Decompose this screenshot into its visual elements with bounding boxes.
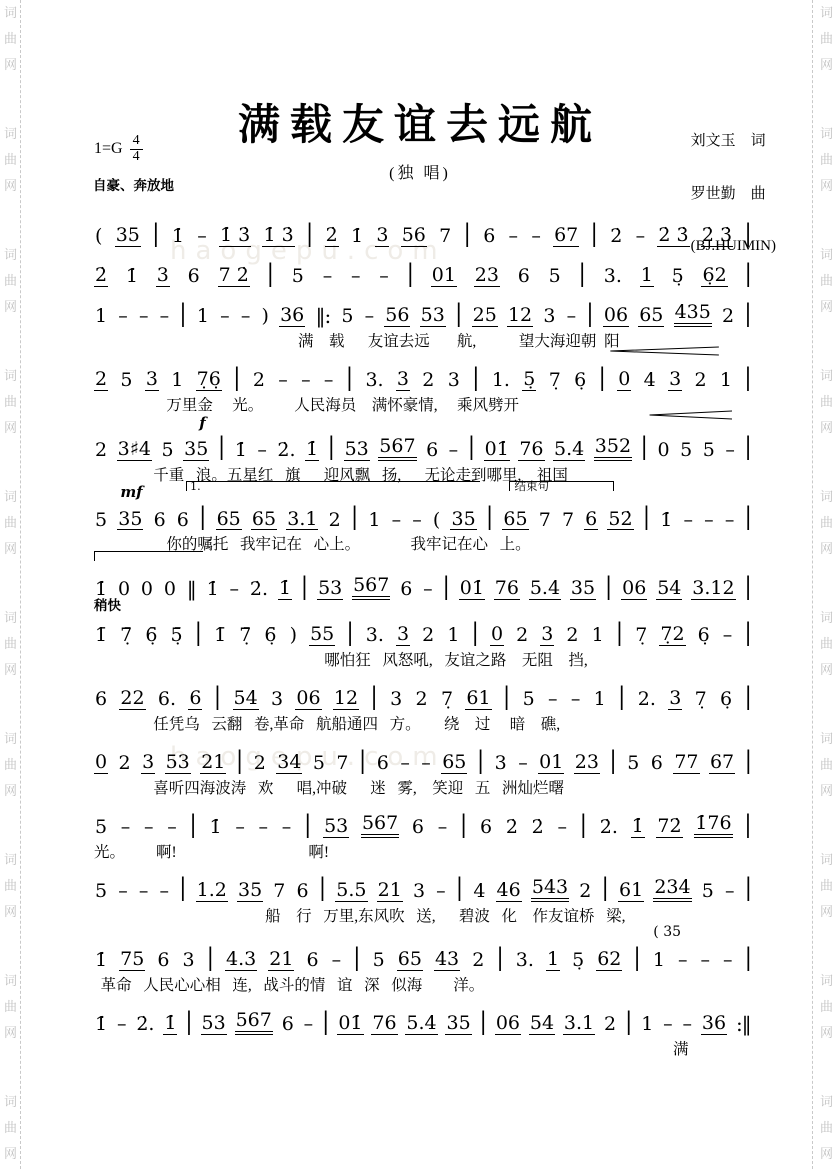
note-token: 2̇: [531, 817, 545, 838]
note-token: 6: [281, 1014, 295, 1035]
watermark-text: 词曲网: [4, 1095, 17, 1160]
note-token: 2: [328, 510, 342, 531]
note-token: 6: [94, 689, 108, 710]
note-token: –: [566, 306, 578, 327]
system: 1̇–2̇.1̇|535676–|01̇765.435|06543.12|1––…: [94, 1005, 752, 1059]
note-token: |: [744, 505, 751, 532]
note-token: 6: [411, 817, 425, 838]
note-token: 5: [702, 440, 716, 461]
note-token: |: [599, 365, 606, 392]
note-token: (: [94, 226, 103, 247]
note-token: 6: [425, 440, 439, 461]
note-token: 5: [161, 440, 175, 461]
note-token: 543: [531, 877, 569, 902]
note-token: 2̇: [94, 265, 108, 287]
watermark-text: 词曲网: [4, 490, 17, 555]
lyrics-line: 任凭乌 云翻 卷,革命 航船通四 方。 绕 过 暗 礁,: [94, 716, 752, 734]
note-token: |: [195, 621, 202, 648]
note-token: |: [480, 1009, 487, 1036]
watermark-text: 词曲网: [820, 974, 833, 1039]
note-token: 1̇: [94, 950, 108, 971]
note-token: 1: [367, 510, 381, 531]
note-token: |: [359, 748, 366, 775]
note-token: |: [267, 261, 274, 288]
note-token: 0: [140, 579, 154, 600]
note-token: |: [744, 365, 751, 392]
right-dashed-border: [812, 0, 813, 1169]
note-token: –: [116, 1014, 128, 1035]
note-token: –: [391, 510, 403, 531]
note-token: ‖:: [314, 305, 331, 327]
score-sheet: 满载友谊去远航 (独 唱) 1=G 4 4 自豪、奔放地 刘文玉 词 罗世勤 曲…: [60, 0, 780, 1069]
note-token: 6: [650, 753, 664, 774]
composer-credit: 罗世勤 曲: [691, 186, 766, 202]
note-token: 23: [574, 752, 600, 774]
note-token: 7̣: [548, 370, 562, 391]
note-token: 3: [145, 369, 159, 391]
note-token: 5.5: [335, 880, 367, 902]
note-token: |: [214, 684, 221, 711]
note-token: –: [331, 950, 343, 971]
note-token: –: [258, 817, 270, 838]
note-token: |: [745, 748, 752, 775]
note-token: 2: [253, 753, 267, 774]
note-token: 76: [518, 439, 544, 461]
note-token: 61: [618, 880, 644, 902]
note-token: 6: [187, 266, 201, 287]
note-token: 5: [94, 817, 108, 838]
lyrics-line: 革命 人民心心相 连, 战斗的情 谊 深 似海 洋。: [94, 977, 752, 995]
note-token: –: [570, 689, 582, 710]
music-line: 2̇1̇367 2̇|5–––|012365|3.15̣6̣2|: [94, 257, 752, 287]
note-token: 5.4: [529, 578, 561, 600]
note-token: 0: [617, 369, 631, 391]
watermark-text: 词曲网: [4, 6, 17, 71]
note-token: |: [744, 621, 751, 648]
note-token: 3.1: [563, 1013, 595, 1035]
note-token: 1: [546, 949, 560, 971]
note-token: 1̄: [94, 625, 108, 646]
note-token: –: [722, 950, 734, 971]
meter-denominator: 4: [133, 150, 140, 165]
note-token: 1̇: [94, 1014, 108, 1035]
note-token: |: [179, 876, 186, 903]
note-token: –: [724, 881, 736, 902]
note-token: 3: [412, 881, 426, 902]
note-token: 7̣: [694, 689, 708, 710]
note-token: 6̣̄: [263, 625, 277, 646]
note-token: –: [378, 266, 390, 287]
note-token: 7 2̇: [218, 265, 250, 287]
music-line: 25317̣6̣|2–––|3.323|1.5̣7̣6̣|04321|: [94, 361, 752, 391]
note-token: 2: [118, 753, 132, 774]
note-token: 53: [201, 1013, 227, 1035]
note-token: 01̇: [459, 578, 485, 600]
note-token: –: [350, 266, 362, 287]
note-token: –: [364, 306, 376, 327]
note-token: |: [496, 946, 503, 973]
note-token: 0: [94, 752, 108, 774]
lyricist-credit: 刘文玉 词: [691, 133, 766, 149]
note-token: 0: [490, 624, 504, 646]
system: 5–––|1̇–––|535676–|62̇2̇–|2̇.1̇72̇1̇76|光…: [94, 808, 752, 862]
song-title: 满载友谊去远航: [60, 0, 780, 152]
note-token: 1̇76: [694, 813, 732, 838]
note-token: 53: [420, 305, 446, 327]
note-token: |: [745, 946, 752, 973]
system: 6226.6|5430612|327̣61|5––1|2.37̣6̣|任凭乌 云…: [94, 680, 752, 734]
watermark-text: 词曲网: [820, 490, 833, 555]
pickup-notes: ( 35: [653, 924, 681, 940]
note-token: 234: [653, 877, 691, 902]
note-token: 25: [472, 305, 498, 327]
note-token: |: [744, 261, 751, 288]
note-token: 567: [378, 436, 416, 461]
dynamic-mark: mf: [120, 483, 142, 501]
note-token: 35: [183, 439, 209, 461]
note-token: 6: [176, 510, 190, 531]
note-token: 1̇: [350, 226, 364, 247]
note-token: –: [556, 817, 568, 838]
note-token: 46: [496, 880, 522, 902]
music-line: 1–––|1––)36‖:5–5653|25123–|06654352|: [94, 297, 752, 327]
note-token: 65: [441, 752, 467, 774]
note-token: –: [724, 510, 736, 531]
note-token: –: [422, 579, 434, 600]
note-token: 21: [268, 949, 294, 971]
note-token: 06: [295, 688, 321, 710]
note-token: –: [303, 1014, 315, 1035]
note-token: 2̇ 3̇: [657, 225, 689, 247]
time-signature: 4 4: [130, 134, 143, 164]
note-token: |: [351, 505, 358, 532]
note-token: 2: [94, 440, 108, 461]
note-token: |: [616, 621, 623, 648]
music-line: 1̄7̣̄6̣̄5̣̄|1̄7̣̄6̣̄)55|3.321|02321|7̣7̣…: [94, 616, 752, 646]
note-token: |: [625, 1009, 632, 1036]
note-token: |: [179, 301, 186, 328]
note-token: 1: [446, 625, 460, 646]
note-token: 76: [371, 1013, 397, 1035]
note-token: |: [346, 365, 353, 392]
note-token: –: [508, 226, 520, 247]
music-line: 6226.6|5430612|327̣61|5––1|2.37̣6̣|: [94, 680, 752, 710]
note-token: 567: [235, 1010, 273, 1035]
note-token: –: [399, 753, 411, 774]
watermark-text: 词曲网: [4, 611, 17, 676]
note-token: 5: [340, 306, 354, 327]
note-token: |: [580, 812, 587, 839]
note-token: 7̣̄: [238, 625, 252, 646]
watermark-text: 词曲网: [820, 1095, 833, 1160]
note-token: 7: [538, 510, 552, 531]
note-token: 35: [450, 509, 476, 531]
lyrics-line: 满: [94, 1041, 752, 1059]
note-token: 2: [471, 950, 485, 971]
music-line: 53566|65653.12|1––(35|6577652̇|1̇–––|: [94, 500, 752, 530]
note-token: 65: [638, 305, 664, 327]
note-token: |: [643, 505, 650, 532]
note-token: 7̣: [440, 689, 454, 710]
note-token: 06: [495, 1013, 521, 1035]
note-token: 67: [553, 225, 579, 247]
note-token: 61: [465, 688, 491, 710]
note-token: 01: [538, 752, 564, 774]
system: 稍快1̄7̣̄6̣̄5̣̄|1̄7̣̄6̣̄)55|3.321|02321|7̣…: [94, 616, 752, 670]
note-token: 1: [94, 306, 108, 327]
note-token: 5: [372, 950, 386, 971]
note-token: 35: [115, 225, 141, 247]
note-token: 54: [529, 1013, 555, 1035]
system: 1–––|1––)36‖:5–5653|25123–|06654352|满 载 …: [94, 297, 752, 351]
note-token: –: [662, 1014, 674, 1035]
music-line: 1̇–2̇.1̇|535676–|01̇765.435|06543.12|1––…: [94, 1005, 752, 1035]
note-token: 6: [188, 688, 202, 710]
note-token: 01: [431, 265, 457, 287]
note-token: 5.4: [405, 1013, 437, 1035]
note-token: 3: [542, 306, 556, 327]
note-token: 6: [479, 817, 493, 838]
note-token: –: [300, 370, 312, 391]
note-token: 76: [494, 578, 520, 600]
note-token: 01̇: [484, 439, 510, 461]
system: ( 351̇7563|4.3216–|565432|3.15̣62|1–––|革…: [94, 941, 752, 995]
note-token: 3: [141, 752, 155, 774]
note-token: 7̣6̣: [196, 369, 222, 391]
note-token: 01̇: [337, 1013, 363, 1035]
note-token: 3: [375, 225, 389, 247]
note-token: 3: [181, 950, 195, 971]
note-token: –: [120, 817, 132, 838]
note-token: 5: [626, 753, 640, 774]
lyrics-line: 光。 啊! 啊!: [94, 844, 752, 862]
note-token: |: [460, 812, 467, 839]
note-token: |: [455, 301, 462, 328]
note-token: 1̇: [171, 226, 185, 247]
note-token: 21: [377, 880, 403, 902]
note-token: 1̇ 3̇: [262, 225, 294, 247]
note-token: –: [722, 625, 734, 646]
note-token: 3: [270, 689, 284, 710]
note-token: |: [301, 575, 308, 602]
note-token: 6̣̄: [144, 625, 158, 646]
watermark-text: 词曲网: [820, 127, 833, 192]
note-token: 1̇: [163, 1013, 177, 1035]
note-token: –: [159, 306, 171, 327]
note-token: 5: [119, 370, 133, 391]
note-token: –: [166, 817, 178, 838]
note-token: 4.3: [225, 949, 257, 971]
note-token: –: [517, 753, 529, 774]
note-token: 7: [335, 753, 349, 774]
note-token: 7̣̄: [119, 625, 133, 646]
watermark-text: 词曲网: [4, 853, 17, 918]
note-token: 3: [668, 369, 682, 391]
note-token: ): [260, 306, 269, 327]
note-token: |: [605, 575, 612, 602]
key-label: 1=G: [94, 140, 123, 158]
note-token: |: [218, 435, 225, 462]
note-token: 65: [251, 509, 277, 531]
note-token: –: [635, 226, 647, 247]
note-token: 43: [434, 949, 460, 971]
note-token: 2: [421, 625, 435, 646]
note-token: 5.4: [553, 439, 585, 461]
note-token: –: [240, 306, 252, 327]
note-token: |: [152, 221, 159, 248]
note-token: –: [683, 510, 695, 531]
note-token: 21: [200, 752, 226, 774]
note-token: |: [744, 435, 751, 462]
note-token: 6: [584, 509, 598, 531]
note-token: 1̇ 3̇: [219, 225, 251, 247]
note-token: |: [744, 812, 751, 839]
note-token: 7̣2: [659, 624, 685, 646]
music-line: 5–––|1.23576|5.5213–|4465432|612345–|: [94, 872, 752, 902]
note-token: |: [618, 684, 625, 711]
note-token: 3♯4: [117, 439, 152, 461]
note-token: 53: [165, 752, 191, 774]
note-token: 1̇: [631, 816, 645, 838]
note-token: 5: [701, 881, 715, 902]
note-token: 1̇: [234, 440, 248, 461]
note-token: |: [189, 812, 196, 839]
right-edge-watermark: 词曲网词曲网词曲网词曲网词曲网词曲网词曲网词曲网词曲网词曲网: [820, 6, 833, 1169]
note-token: 6.: [157, 689, 177, 710]
note-token: 72̇: [656, 816, 682, 838]
note-token: 12: [507, 305, 533, 327]
note-token: –: [420, 753, 432, 774]
note-token: 2: [252, 370, 266, 391]
note-token: 6̣: [697, 625, 711, 646]
note-token: 5: [679, 440, 693, 461]
note-token: 36: [279, 305, 305, 327]
note-token: 2̇.: [599, 817, 619, 838]
note-token: |: [456, 876, 463, 903]
watermark-text: 词曲网: [820, 611, 833, 676]
note-token: 2̇.: [249, 579, 269, 600]
system: mf1.结束句53566|65653.12|1––(35|6577652̇|1̇…: [94, 500, 752, 554]
note-token: 65: [216, 509, 242, 531]
note-token: 54: [233, 688, 259, 710]
note-token: 7: [272, 881, 286, 902]
note-token: |: [233, 365, 240, 392]
note-token: –: [530, 226, 542, 247]
note-token: 06: [603, 305, 629, 327]
note-token: |: [641, 435, 648, 462]
system: 25317̣6̣|2–––|3.323|1.5̣7̣6̣|04321|万里金 光…: [94, 361, 752, 415]
music-line: 0235321|23457|6––65|3–0123|567767|: [94, 744, 752, 774]
note-token: |: [353, 946, 360, 973]
note-token: –: [323, 370, 335, 391]
note-token: –: [196, 226, 208, 247]
note-token: –: [158, 881, 170, 902]
note-token: |: [744, 301, 751, 328]
note-token: –: [281, 817, 293, 838]
note-token: 6: [296, 881, 310, 902]
note-token: 6: [482, 226, 496, 247]
note-token: |: [442, 575, 449, 602]
note-token: –: [703, 510, 715, 531]
note-token: 3: [494, 753, 508, 774]
note-token: ‖: [186, 578, 197, 600]
note-token: 2.: [637, 689, 657, 710]
note-token: 75: [119, 949, 145, 971]
note-token: 3.: [364, 370, 384, 391]
note-token: –: [682, 1014, 694, 1035]
note-token: 3: [540, 624, 554, 646]
note-token: –: [700, 950, 712, 971]
watermark-text: 词曲网: [820, 248, 833, 313]
note-token: 2: [693, 370, 707, 391]
note-token: ): [289, 625, 298, 646]
note-token: |: [601, 876, 608, 903]
note-token: 5: [522, 689, 536, 710]
system: 2̇1̇367 2̇|5–––|012365|3.15̣6̣2|: [94, 257, 752, 287]
dynamic-mark: f: [199, 414, 205, 432]
note-token: 2̇: [325, 225, 339, 247]
note-token: 5: [312, 753, 326, 774]
note-token: –: [219, 306, 231, 327]
note-token: 3: [447, 370, 461, 391]
note-token: 3.: [603, 266, 623, 287]
note-token: |: [586, 301, 593, 328]
note-token: –: [322, 266, 334, 287]
note-token: 1.: [491, 370, 511, 391]
note-token: 53: [344, 439, 370, 461]
note-token: 7̣: [634, 625, 648, 646]
note-token: |: [579, 261, 586, 288]
music-line: 1̇7563|4.3216–|565432|3.15̣62|1–––|: [94, 941, 752, 971]
note-token: |: [322, 1009, 329, 1036]
note-token: |: [471, 621, 478, 648]
note-token: 2: [565, 625, 579, 646]
tempo-expression: 自豪、奔放地: [93, 174, 174, 194]
note-token: (: [432, 510, 441, 531]
note-token: 53: [317, 578, 343, 600]
note-token: 1̄: [213, 625, 227, 646]
note-token: |: [609, 748, 616, 775]
note-token: |: [633, 946, 640, 973]
note-token: 52̇: [607, 509, 633, 531]
note-token: |: [306, 221, 313, 248]
note-token: 1̇: [125, 266, 139, 287]
system: 5–––|1.23576|5.5213–|4465432|612345–|船 行…: [94, 872, 752, 926]
note-token: 67: [709, 752, 735, 774]
note-token: 54: [656, 578, 682, 600]
note-token: |: [503, 684, 510, 711]
note-token: |: [591, 221, 598, 248]
note-token: 5̣: [571, 950, 585, 971]
volta-bracket: 1.: [186, 481, 480, 491]
note-token: 1: [593, 689, 607, 710]
note-token: 3: [396, 369, 410, 391]
note-token: |: [744, 684, 751, 711]
note-token: 1: [170, 370, 184, 391]
note-token: 3: [389, 689, 403, 710]
note-token: 1̇: [209, 817, 223, 838]
note-token: 1: [640, 1014, 654, 1035]
note-token: |: [744, 575, 751, 602]
note-token: –: [138, 306, 150, 327]
note-token: |: [236, 748, 243, 775]
note-token: 2: [94, 369, 108, 391]
system: (35|1̇–1̇ 3̇1̇ 3̇|2̇1̇3567|6––67|2̇–2̇ 3…: [94, 217, 752, 247]
note-token: 62: [596, 949, 622, 971]
note-token: 34: [276, 752, 302, 774]
note-token: 6̣: [573, 370, 587, 391]
note-token: 22: [119, 688, 145, 710]
